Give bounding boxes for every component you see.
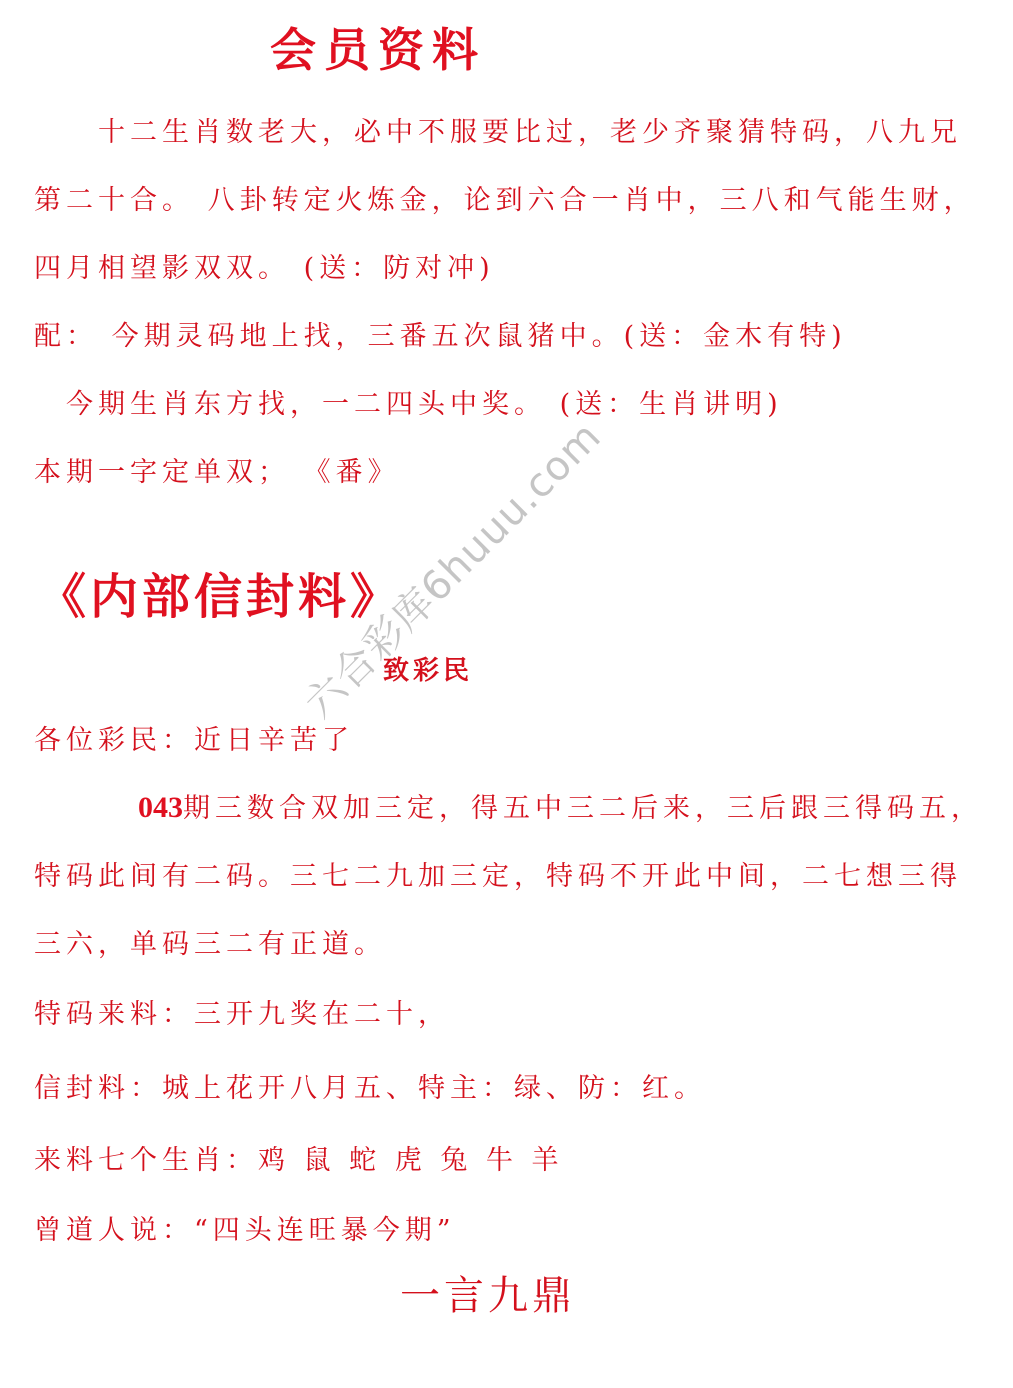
document-page: 会员资料 十二生肖数老大，必中不服要比过，老少齐聚猜特码，八九兄 第二十合。 八…: [0, 0, 1013, 1388]
item-envelope: 信封料：城上花开八月五、特主：绿、防：红。: [34, 1066, 706, 1105]
section2-subtitle: 致彩民: [383, 650, 473, 687]
closing-phrase: 一言九鼎: [400, 1264, 576, 1321]
item-quote: 曾道人说：“四头连旺暴今期”: [34, 1208, 456, 1247]
section1-line-4: 配： 今期灵码地上找，三番五次鼠猪中。(送：金木有特): [34, 314, 847, 353]
section1-line-3: 四月相望影双双。 (送：防对冲): [34, 246, 495, 285]
section1-title: 会员资料: [270, 14, 486, 80]
paragraph-line-1-text: 期三数合双加三定，得五中三二后来，三后跟三得码五，: [183, 793, 983, 824]
paragraph-line-1: 043期三数合双加三定，得五中三二后来，三后跟三得码五，: [138, 786, 983, 825]
paragraph-line-3: 三六，单码三二有正道。: [34, 922, 386, 961]
greeting: 各位彩民：近日辛苦了: [34, 718, 354, 757]
section1-line-1: 十二生肖数老大，必中不服要比过，老少齐聚猜特码，八九兄: [98, 110, 962, 149]
section2-title: 《内部信封料》: [38, 558, 402, 627]
item-special-code: 特码来料：三开九奖在二十，: [34, 992, 450, 1031]
item-seven-zodiacs: 来料七个生肖：鸡 鼠 蛇 虎 兔 牛 羊: [34, 1138, 564, 1177]
section1-line-5: 今期生肖东方找，一二四头中奖。 (送：生肖讲明): [66, 382, 783, 421]
paragraph-line-2: 特码此间有二码。三七二九加三定，特码不开此中间，二七想三得: [34, 854, 962, 893]
section1-line-6: 本期一字定单双； 《番》: [34, 450, 400, 489]
issue-number: 043: [138, 791, 183, 824]
section1-line-2: 第二十合。 八卦转定火炼金，论到六合一肖中，三八和气能生财，: [34, 178, 976, 217]
